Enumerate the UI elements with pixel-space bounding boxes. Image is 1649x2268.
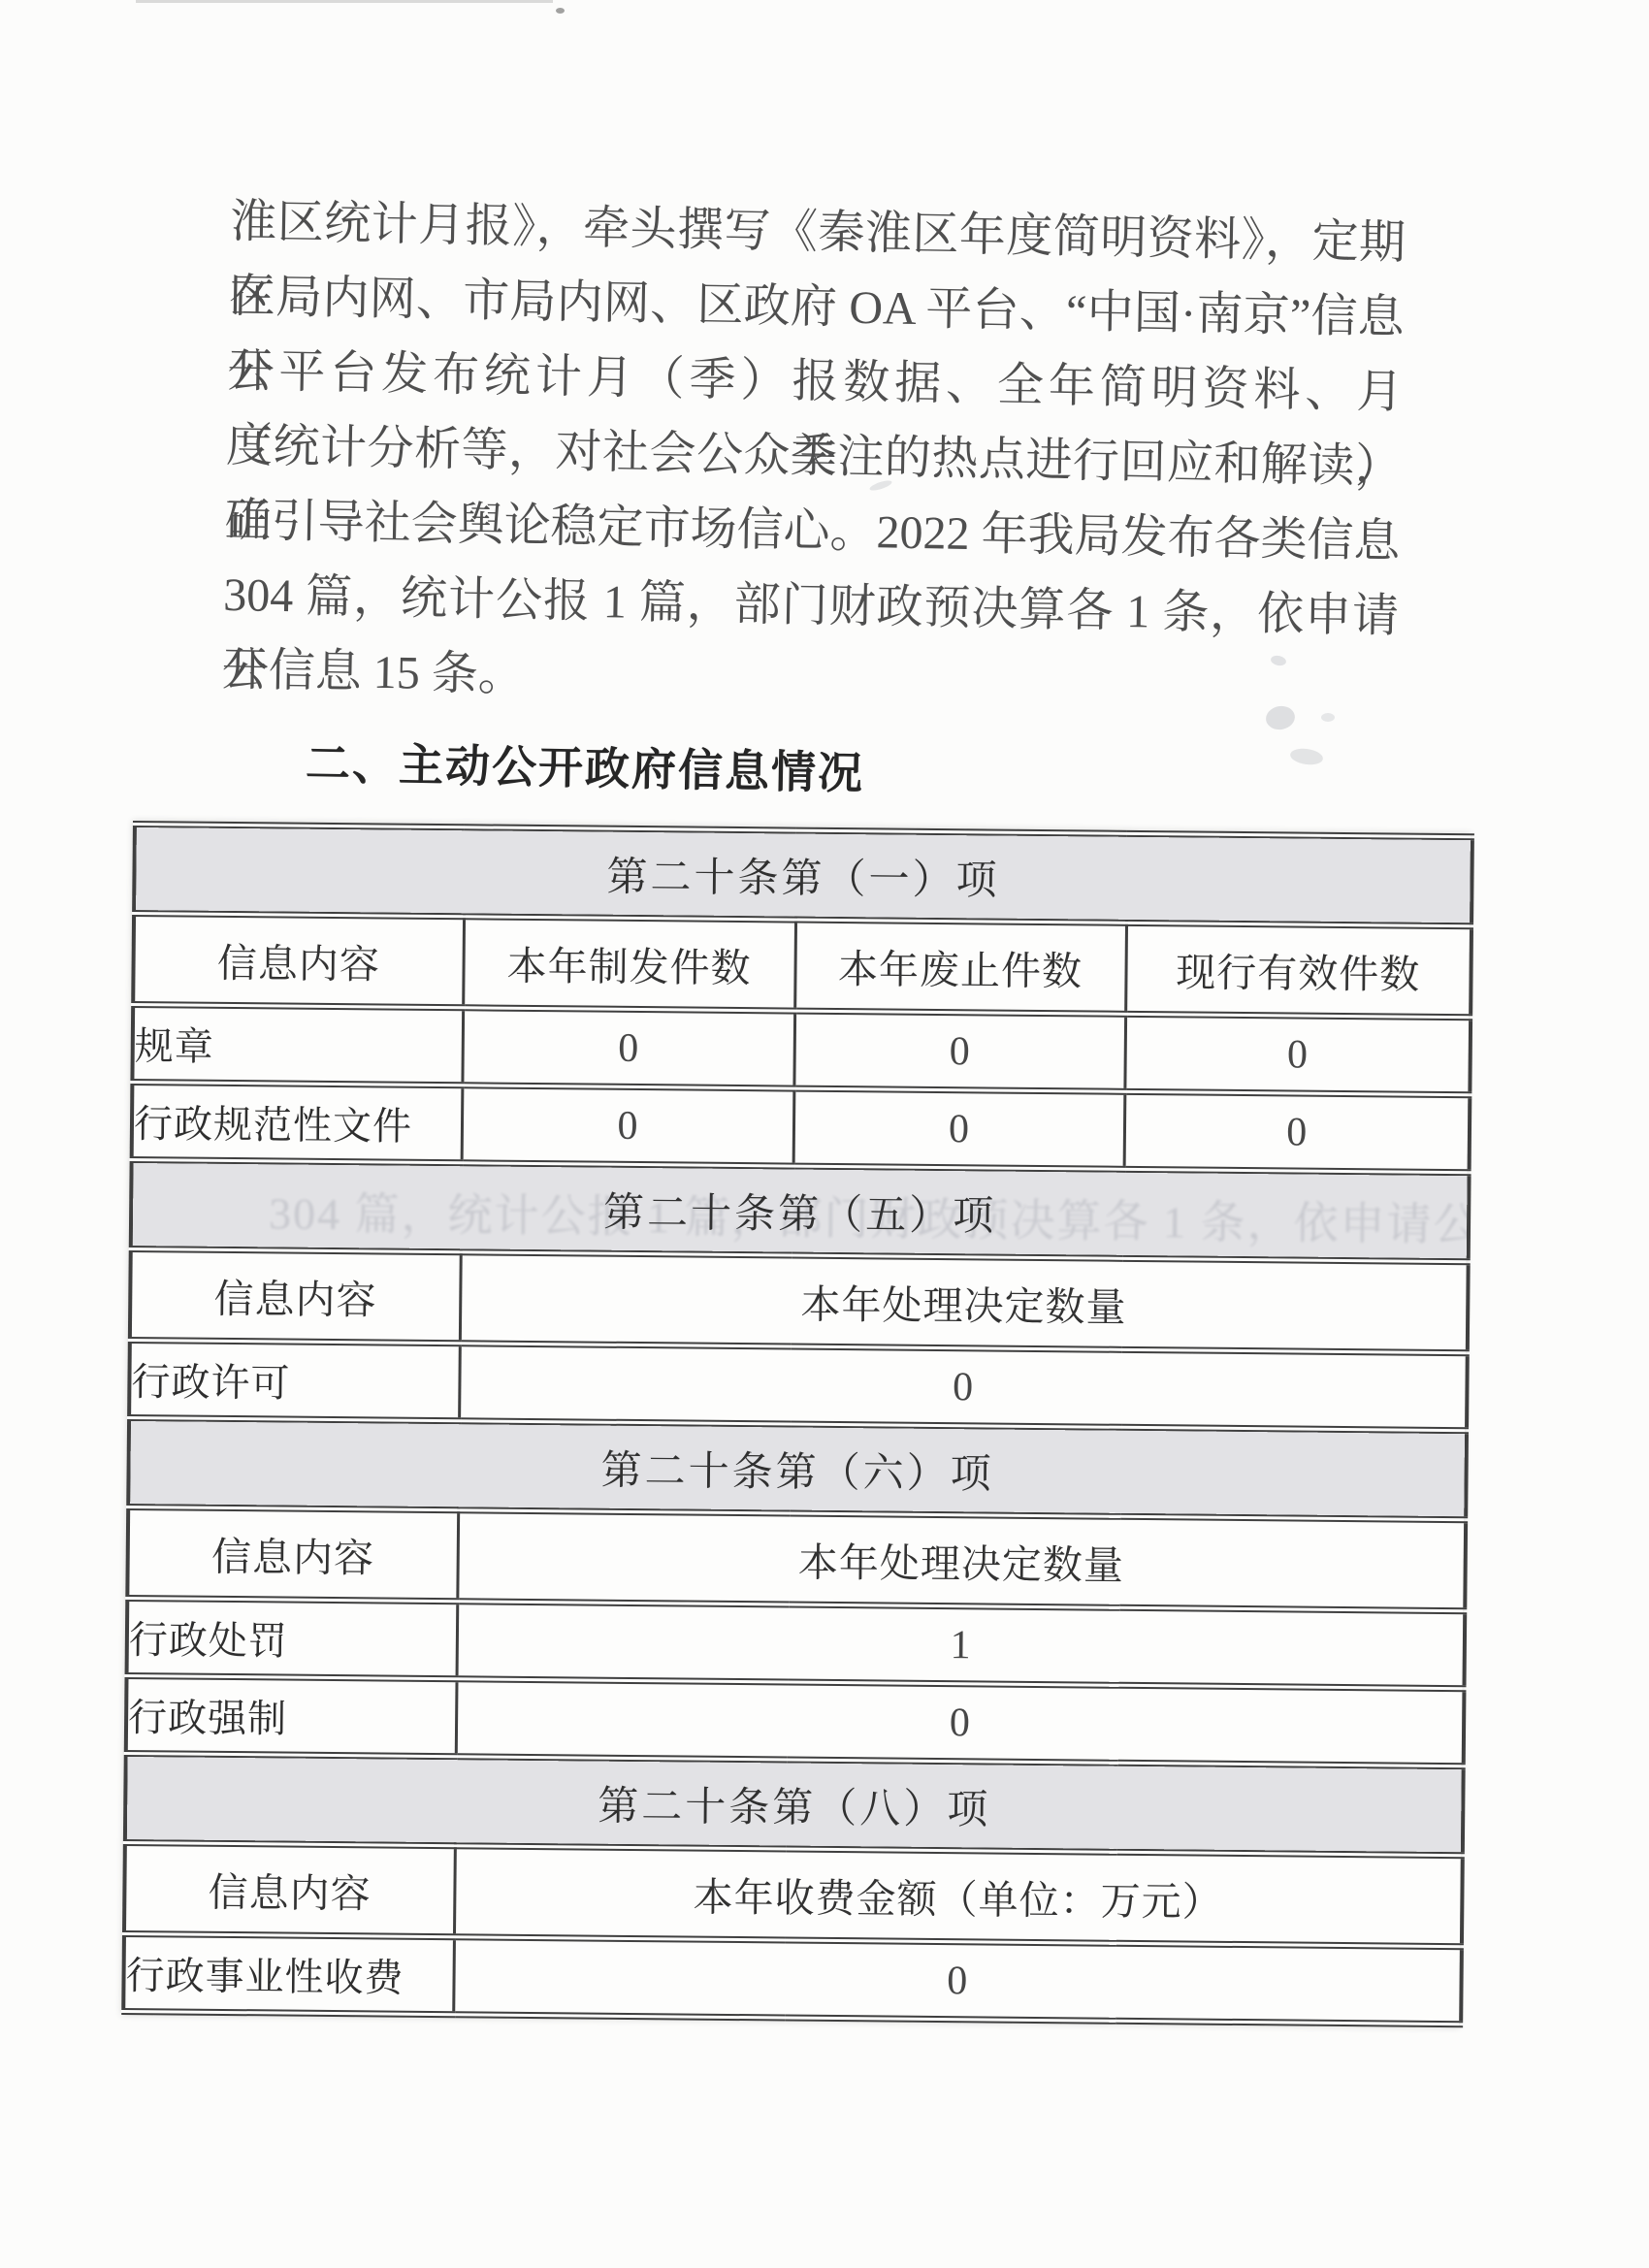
table-header-row: 信息内容 本年收费金额（单位：万元） xyxy=(124,1842,1463,1946)
column-header: 信息内容 xyxy=(124,1842,455,1936)
table-header-row: 信息内容 本年处理决定数量 xyxy=(130,1248,1469,1352)
table-header-row: 信息内容 本年处理决定数量 xyxy=(127,1507,1466,1610)
section-title-cell: 第二十条第（八）项 xyxy=(125,1753,1464,1855)
section-title-cell: 第二十条第（六）项 xyxy=(128,1417,1467,1519)
article-20-table: 第二十条第（一）项 信息内容 本年制发件数 本年废止件数 现行有效件数 规章 0… xyxy=(121,821,1474,2027)
section-title: 第二十条第（五）项 xyxy=(603,1188,996,1238)
table-row: 行政规范性文件 0 0 0 xyxy=(132,1083,1471,1173)
table-section-title-row: 第二十条第（八）项 xyxy=(125,1753,1464,1855)
scanned-document-page: 淮区统计月报》，牵头撰写《秦淮区年度简明资料》，定期在 区局内网、市局内网、区政… xyxy=(0,0,1649,2268)
body-paragraph: 淮区统计月报》，牵头撰写《秦淮区年度简明资料》，定期在 区局内网、市局内网、区政… xyxy=(220,184,1406,812)
scan-artifact xyxy=(556,8,565,14)
row-label: 行政规范性文件 xyxy=(132,1083,463,1163)
table-row: 行政事业性收费 0 xyxy=(123,1933,1462,2024)
column-header: 信息内容 xyxy=(127,1507,458,1601)
section-title: 第二十条第（八）项 xyxy=(598,1782,990,1831)
value-cell: 0 xyxy=(793,1088,1125,1169)
table-row: 规章 0 0 0 xyxy=(132,1005,1471,1095)
disclosure-table: 第二十条第（一）项 信息内容 本年制发件数 本年废止件数 现行有效件数 规章 0… xyxy=(121,821,1471,2027)
table-header-row: 信息内容 本年制发件数 本年废止件数 现行有效件数 xyxy=(133,914,1471,1018)
value-cell: 0 xyxy=(453,1937,1462,2025)
table-row: 行政处罚 1 xyxy=(127,1598,1466,1688)
table-section-title-row: 第二十条第（一）项 xyxy=(134,825,1472,926)
column-header: 本年废止件数 xyxy=(794,920,1126,1014)
column-header: 信息内容 xyxy=(133,914,464,1008)
scan-edge-artifact xyxy=(136,0,553,3)
value-cell: 0 xyxy=(459,1344,1468,1431)
value-cell: 0 xyxy=(462,1008,794,1088)
scan-artifact xyxy=(1321,713,1335,722)
row-label: 行政处罚 xyxy=(127,1598,458,1678)
section-title: 第二十条第（一）项 xyxy=(606,853,999,902)
value-cell: 1 xyxy=(457,1602,1466,1689)
section-title-cell: 第二十条第（五）项 304 篇，统计公报 1 篇，部门财政预决算各 1 条，依申… xyxy=(131,1160,1470,1262)
column-header: 现行有效件数 xyxy=(1125,923,1471,1017)
value-cell: 0 xyxy=(1124,1091,1471,1172)
section-title: 第二十条第（六）项 xyxy=(600,1446,993,1496)
column-header: 本年收费金额（单位：万元） xyxy=(454,1846,1463,1947)
column-header: 信息内容 xyxy=(130,1248,461,1343)
row-label: 行政许可 xyxy=(129,1340,460,1420)
column-header: 本年处理决定数量 xyxy=(460,1252,1469,1353)
column-header: 本年处理决定数量 xyxy=(457,1510,1466,1611)
value-cell: 0 xyxy=(793,1011,1125,1091)
value-cell: 0 xyxy=(456,1679,1465,1766)
column-header: 本年制发件数 xyxy=(463,917,795,1011)
section-title-cell: 第二十条第（一）项 xyxy=(134,825,1472,926)
section-heading: 二、主动公开政府信息情况 xyxy=(306,734,1397,813)
table-section-title-row: 第二十条第（五）项 304 篇，统计公报 1 篇，部门财政预决算各 1 条，依申… xyxy=(131,1160,1470,1262)
table-row: 行政强制 0 xyxy=(126,1675,1465,1766)
value-cell: 0 xyxy=(1124,1014,1471,1094)
table-row: 行政许可 0 xyxy=(129,1340,1468,1430)
row-label: 行政事业性收费 xyxy=(123,1933,454,2014)
table-section-title-row: 第二十条第（六）项 xyxy=(128,1417,1467,1519)
row-label: 规章 xyxy=(132,1005,463,1085)
value-cell: 0 xyxy=(462,1085,794,1166)
row-label: 行政强制 xyxy=(126,1675,457,1756)
